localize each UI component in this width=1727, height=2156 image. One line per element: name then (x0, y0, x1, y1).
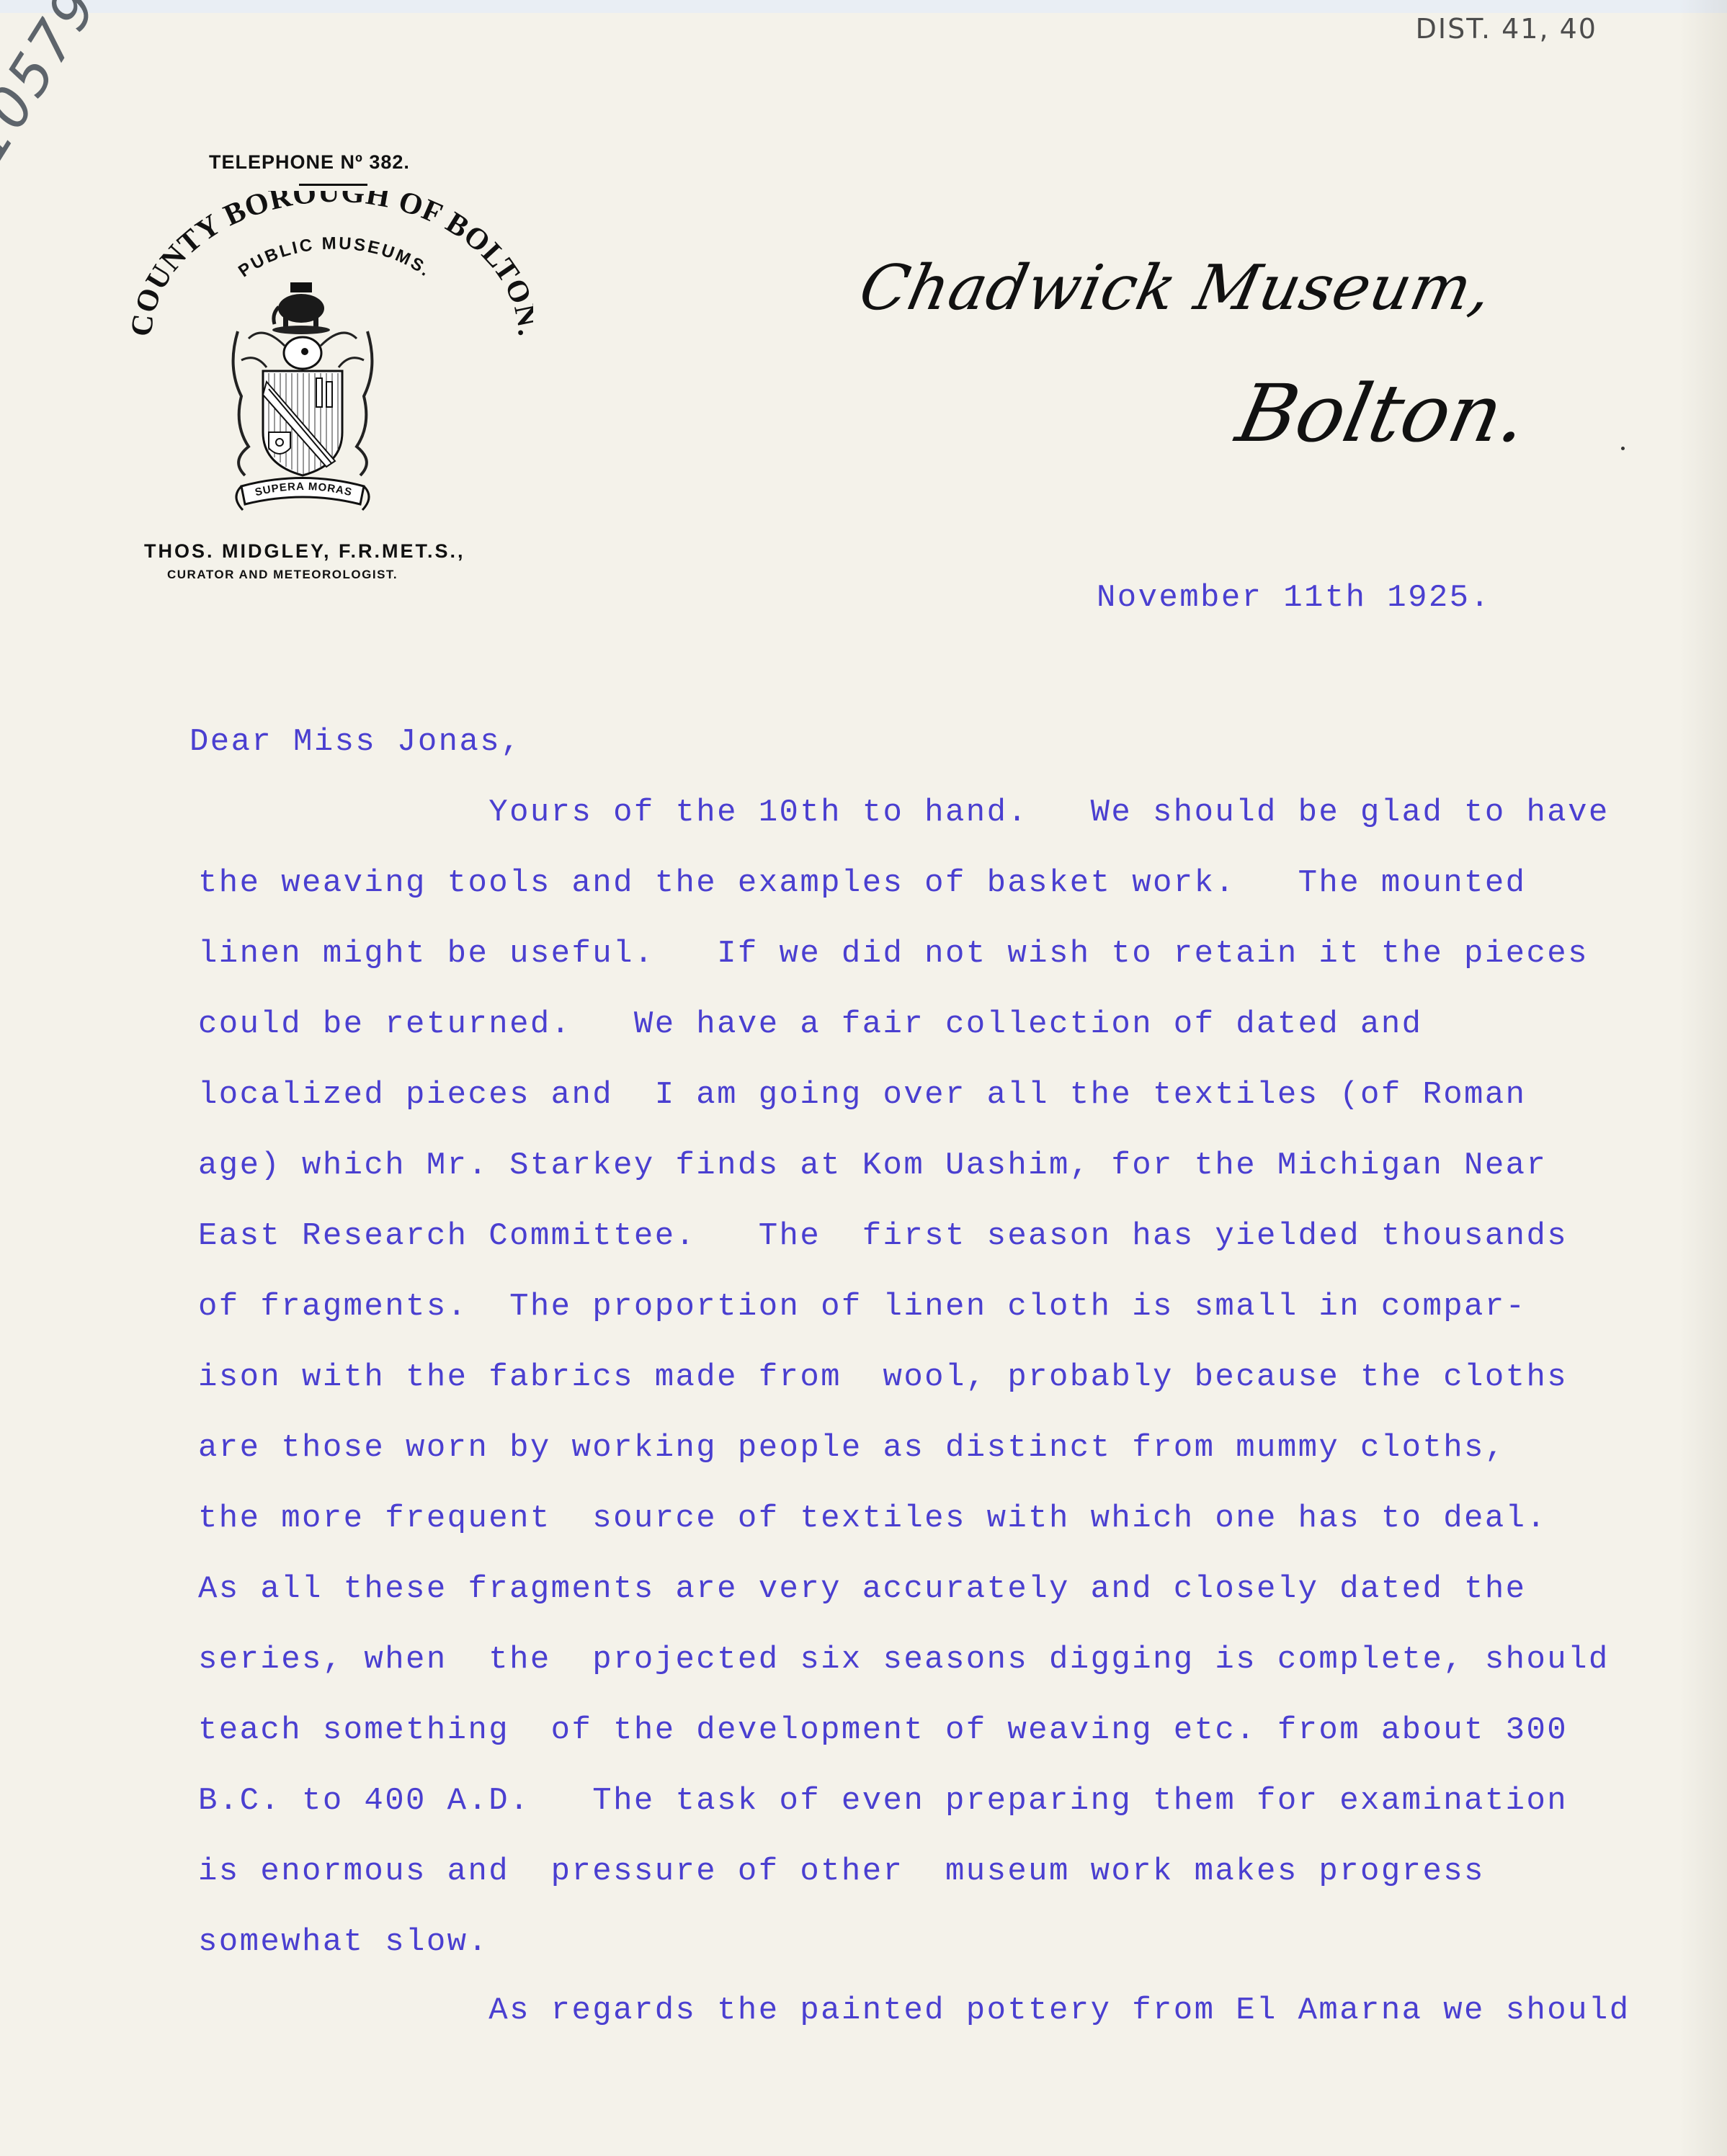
body-line: the more frequent source of textiles wit… (198, 1500, 1547, 1537)
telephone-number: TELEPHONE Nº 382. (209, 151, 410, 174)
department-line: PUBLIC MUSEUMS. (235, 233, 435, 281)
distribution-ref-annotation: DIST. 41, 40 (1416, 13, 1597, 45)
letter-salutation: Dear Miss Jonas, (189, 724, 522, 760)
body-line: could be returned. We have a fair collec… (198, 1006, 1422, 1042)
body-line: Yours of the 10th to hand. We should be … (198, 795, 1610, 831)
telephone-underline (299, 184, 367, 186)
body-line: of fragments. The proportion of linen cl… (198, 1289, 1526, 1325)
bolton-coat-of-arms-icon: SUPERA MORAS (227, 281, 378, 519)
archive-number-annotation: 10579 (0, 0, 111, 173)
paper-edge-shadow (1679, 0, 1727, 2156)
letterhead-left-block: TELEPHONE Nº 382. COUNTY BOROUGH OF BOLT… (130, 151, 533, 583)
svg-text:PUBLIC MUSEUMS.: PUBLIC MUSEUMS. (235, 233, 435, 281)
body-line: East Research Committee. The first seaso… (198, 1218, 1568, 1254)
body-line: the weaving tools and the examples of ba… (198, 865, 1526, 901)
body-line: linen might be useful. If we did not wis… (198, 936, 1589, 972)
body-line: is enormous and pressure of other museum… (198, 1853, 1485, 1889)
body-line: somewhat slow. (198, 1924, 488, 1960)
letter-date: November 11th 1925. (1097, 580, 1491, 616)
town-name: Bolton. (1229, 367, 1536, 460)
body-line: ison with the fabrics made from wool, pr… (198, 1359, 1568, 1395)
body-line: series, when the projected six seasons d… (198, 1642, 1610, 1678)
curator-name: THOS. MIDGLEY, F.R.MET.S., (144, 540, 465, 563)
body-line: age) which Mr. Starkey finds at Kom Uash… (198, 1148, 1547, 1184)
curator-title: CURATOR AND METEOROLOGIST. (167, 568, 398, 582)
paper-speck (1621, 447, 1625, 450)
body-line: As regards the painted pottery from El A… (198, 1992, 1630, 2028)
body-line: teach something of the development of we… (198, 1712, 1568, 1748)
scan-top-edge (0, 0, 1727, 13)
body-line: are those worn by working people as dist… (198, 1430, 1506, 1466)
museum-name: Chadwick Museum, (853, 252, 1499, 324)
body-line: localized pieces and I am going over all… (198, 1077, 1526, 1113)
body-line: As all these fragments are very accurate… (198, 1571, 1526, 1607)
body-line: B.C. to 400 A.D. The task of even prepar… (198, 1783, 1568, 1819)
